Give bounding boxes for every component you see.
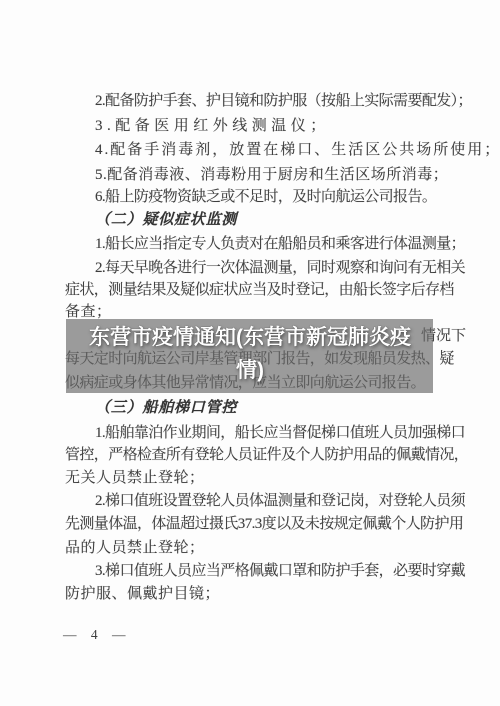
- doc-line: 1.船长应当指定专人负责对在船船员和乘客进行体温测量；: [95, 235, 465, 254]
- doc-line: 2.每天早晚各进行一次体温测量，同时观察和询问有无相关: [95, 259, 465, 278]
- doc-line: 6.船上防疫物资缺乏或不足时，及时向航运公司报告。: [95, 188, 436, 207]
- doc-section-heading: （三）船舶梯口管控: [95, 399, 237, 418]
- doc-line: 1.船舶靠泊作业期间，船长应当督促梯口值班人员加强梯口: [95, 424, 465, 443]
- doc-line: 3.配备医用红外线测温仪；: [95, 117, 330, 136]
- doc-line: 品的人员禁止登轮；: [65, 539, 205, 558]
- doc-line: 先测量体温，体温超过摄氏37.3度以及未按规定佩戴个人防护用: [65, 515, 463, 534]
- doc-section-heading: （二）疑似症状监测: [95, 211, 237, 230]
- doc-line: 2.配备防护手套、护目镜和防护服（按船上实际需要配发）；: [95, 92, 472, 111]
- doc-line: 4.配备手消毒剂，放置在梯口、生活区公共场所使用；: [95, 141, 500, 160]
- doc-line: 症状，测量结果及疑似症状应当及时登记，由船长签字后存档: [65, 281, 454, 300]
- doc-line: 管控，严格检查所有登轮人员证件及个人防护用品的佩戴情况，: [65, 446, 468, 465]
- doc-line: 2.梯口值班设置登轮人员体温测量和登记岗，对登轮人员须: [95, 492, 465, 511]
- doc-line: 3.梯口值班人员应当严格佩戴口罩和防护手套，必要时穿戴: [95, 562, 465, 581]
- document-page: 2.配备防护手套、护目镜和防护服（按船上实际需要配发）； 3.配备医用红外线测温…: [0, 0, 500, 706]
- doc-line: 防护服、佩戴护目镜；: [65, 585, 220, 604]
- doc-line: 5.配备消毒液、消毒粉用于厨房和生活区场所消毒；: [95, 166, 448, 185]
- doc-line: 无关人员禁止登轮；: [65, 469, 205, 488]
- page-number: — 4 —: [63, 627, 127, 643]
- overlay-title: 东营市疫情通知(东营市新冠肺炎疫情): [82, 321, 418, 387]
